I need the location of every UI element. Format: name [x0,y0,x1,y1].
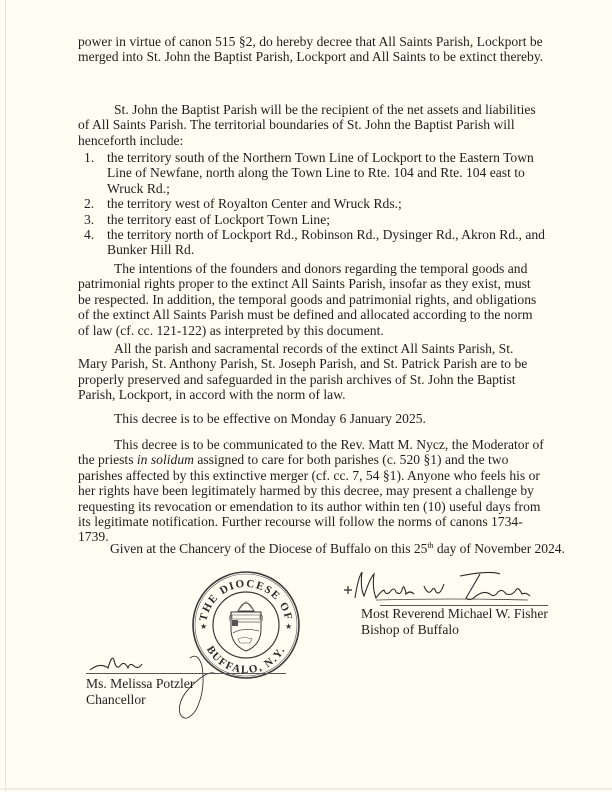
paragraph-text: St. John the Baptist Parish will be the … [78,102,536,148]
list-text: the territory west of Royalton Center an… [107,196,402,211]
given-at-text: day of November 2024. [433,541,564,556]
bishop-title: Bishop of Buffalo [361,622,459,638]
intentions-paragraph: The intentions of the founders and donor… [78,261,546,338]
list-item: 1.the territory south of the Northern To… [84,150,546,196]
svg-text:★: ★ [200,622,207,631]
paragraph-text: power in virtue of canon 515 §2, do here… [78,34,543,64]
italic-term: in solidum [137,452,194,467]
chancellor-signature-line [86,673,286,674]
bishop-signature-icon [340,568,560,608]
given-at-line: Given at the Chancery of the Diocese of … [110,541,565,556]
list-item: 3.the territory east of Lockport Town Li… [84,212,546,227]
list-number: 2. [84,196,94,211]
page-edge [5,0,6,792]
list-text: the territory north of Lockport Rd., Rob… [107,227,545,257]
chancellor-title: Chancellor [86,692,146,708]
records-paragraph: All the parish and sacramental records o… [78,341,546,403]
assets-paragraph: St. John the Baptist Parish will be the … [78,102,546,148]
list-text: the territory south of the Northern Town… [107,150,534,196]
list-text: the territory east of Lockport Town Line… [107,212,330,227]
boundaries-list: 1.the territory south of the Northern To… [84,150,546,258]
list-number: 4. [84,227,94,242]
svg-text:★: ★ [285,622,292,631]
bishop-name: Most Reverend Michael W. Fisher [361,606,548,622]
paragraph-text: The intentions of the founders and donor… [78,261,536,338]
list-item: 2.the territory west of Royalton Center … [84,196,546,211]
communication-paragraph: This decree is to be communicated to the… [78,437,546,545]
given-at-text: Given at the Chancery of the Diocese of … [110,541,427,556]
chancellor-name: Ms. Melissa Potzler [86,676,194,692]
effective-date-paragraph: This decree is to be effective on Monday… [78,411,546,426]
list-number: 3. [84,212,94,227]
list-item: 4.the territory north of Lockport Rd., R… [84,227,546,258]
paragraph-text: All the parish and sacramental records o… [78,341,527,402]
paragraph-text: This decree is to be effective on Monday… [114,411,426,426]
page-edge-bottom [0,788,612,790]
decree-paragraph: power in virtue of canon 515 §2, do here… [78,34,546,65]
list-number: 1. [84,150,94,165]
